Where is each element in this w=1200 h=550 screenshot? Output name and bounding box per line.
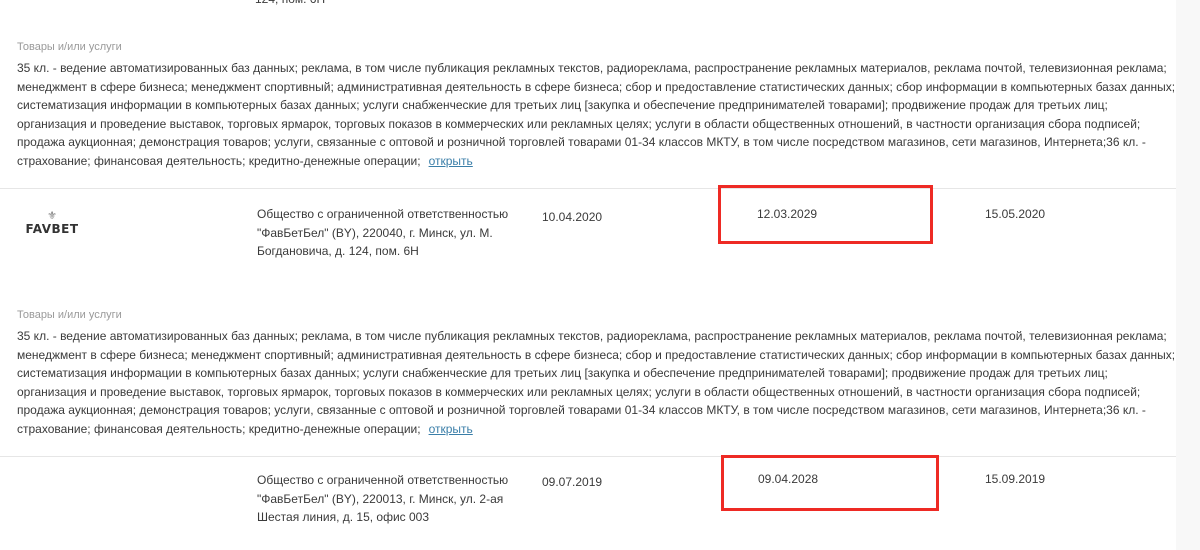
goods-services-text: 35 кл. - ведение автоматизированных баз … xyxy=(17,59,1177,170)
registration-date: 15.09.2019 xyxy=(985,472,1045,486)
goods-services-label: Товары и/или услуги xyxy=(17,309,1177,321)
highlight-box xyxy=(721,455,939,511)
goods-services-label: Товары и/или услуги xyxy=(17,41,1177,53)
owner-info: Общество с ограниченной ответственностью… xyxy=(257,471,517,527)
goods-services-block: Товары и/или услуги 35 кл. - ведение авт… xyxy=(17,41,1177,170)
application-date: 10.04.2020 xyxy=(542,210,602,224)
open-link[interactable]: открыть xyxy=(429,154,473,168)
goods-services-block: Товары и/или услуги 35 кл. - ведение авт… xyxy=(17,309,1177,438)
application-date: 09.07.2019 xyxy=(542,475,602,489)
previous-owner-fragment: 124, пом. 6Н xyxy=(255,0,325,6)
right-panel-edge xyxy=(1176,0,1200,550)
goods-services-text: 35 кл. - ведение автоматизированных баз … xyxy=(17,327,1177,438)
highlight-box xyxy=(718,185,933,244)
trademark-logo[interactable]: ⚜ FAVBET xyxy=(17,211,87,236)
open-link[interactable]: открыть xyxy=(429,422,473,436)
crown-icon: ⚜ xyxy=(17,211,87,222)
goods-text-content: 35 кл. - ведение автоматизированных баз … xyxy=(17,329,1175,436)
owner-info: Общество с ограниченной ответственностью… xyxy=(257,205,517,261)
goods-text-content: 35 кл. - ведение автоматизированных баз … xyxy=(17,61,1175,168)
trademark-record-row: Общество с ограниченной ответственностью… xyxy=(0,457,1176,550)
registration-date: 15.05.2020 xyxy=(985,207,1045,221)
logo-text: FAVBET xyxy=(17,222,87,236)
trademark-record-row: ⚜ FAVBET Общество с ограниченной ответст… xyxy=(0,189,1176,299)
